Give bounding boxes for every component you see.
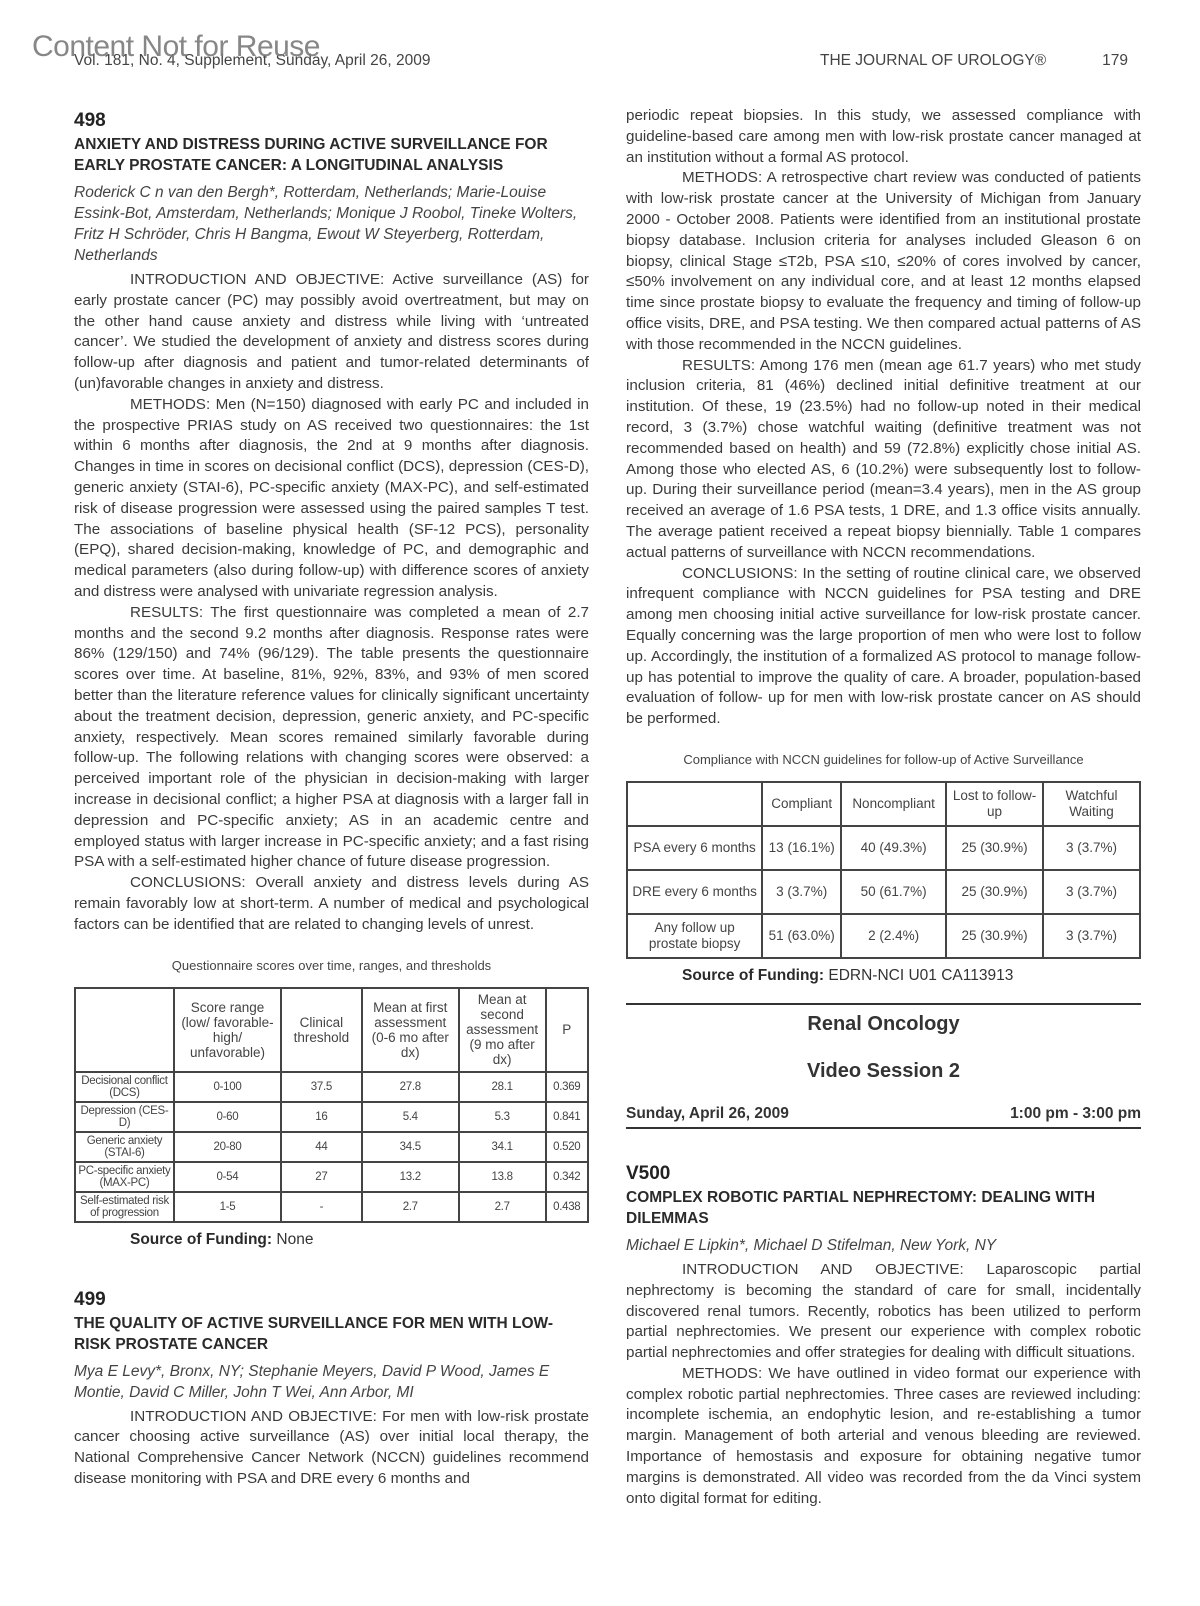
- table-row: PSA every 6 months 13 (16.1%) 40 (49.3%)…: [627, 826, 1140, 870]
- table-cell: 0.438: [546, 1192, 588, 1222]
- abstract-v500: V500 COMPLEX ROBOTIC PARTIAL NEPHRECTOMY…: [626, 1163, 1141, 1510]
- table-cell: 0.342: [546, 1162, 588, 1192]
- session-title: Renal Oncology: [626, 1013, 1141, 1036]
- introduction-paragraph: INTRODUCTION AND OBJECTIVE: For men with…: [74, 1407, 589, 1490]
- methods-paragraph: METHODS: A retrospective chart review wa…: [626, 168, 1141, 355]
- table-cell: 5.3: [459, 1102, 546, 1132]
- table-cell: 37.5: [281, 1072, 362, 1102]
- table-cell: 13 (16.1%): [762, 826, 841, 870]
- abstract-499-continued: periodic repeat biopsies. In this study,…: [626, 106, 1141, 985]
- table-cell: 51 (63.0%): [762, 914, 841, 958]
- table-header-cell: Watchful Waiting: [1043, 782, 1140, 826]
- table-caption: Questionnaire scores over time, ranges, …: [74, 958, 589, 973]
- table-row: Generic anxiety (STAI-6) 20-80 44 34.5 3…: [75, 1132, 588, 1162]
- table-cell: Self-estimated risk of progression: [75, 1192, 174, 1222]
- watermark: Content Not for Reuse: [32, 30, 320, 64]
- abstract-498: 498 ANXIETY AND DISTRESS DURING ACTIVE S…: [74, 110, 589, 1249]
- methods-paragraph: METHODS: Men (N=150) diagnosed with earl…: [74, 395, 589, 603]
- table-cell: 34.1: [459, 1132, 546, 1162]
- conclusions-paragraph: CONCLUSIONS: Overall anxiety and distres…: [74, 873, 589, 935]
- results-paragraph: RESULTS: The first questionnaire was com…: [74, 603, 589, 873]
- table-cell: Generic anxiety (STAI-6): [75, 1132, 174, 1162]
- source-of-funding: Source of Funding: None: [130, 1231, 589, 1249]
- table-cell: 50 (61.7%): [841, 870, 946, 914]
- table-cell: 2.7: [362, 1192, 459, 1222]
- abstract-number: V500: [626, 1163, 1141, 1185]
- table-cell: 3 (3.7%): [1043, 870, 1140, 914]
- table-cell: 34.5: [362, 1132, 459, 1162]
- table-row: Depression (CES-D) 0-60 16 5.4 5.3 0.841: [75, 1102, 588, 1132]
- table-cell: 3 (3.7%): [1043, 826, 1140, 870]
- session-subtitle: Video Session 2: [626, 1060, 1141, 1083]
- table-cell: Decisional conflict (DCS): [75, 1072, 174, 1102]
- abstract-title: COMPLEX ROBOTIC PARTIAL NEPHRECTOMY: DEA…: [626, 1187, 1141, 1229]
- table-caption: Compliance with NCCN guidelines for foll…: [626, 752, 1141, 767]
- table-cell: 0.841: [546, 1102, 588, 1132]
- methods-paragraph: METHODS: We have outlined in video forma…: [626, 1364, 1141, 1510]
- session-time: 1:00 pm - 3:00 pm: [1010, 1105, 1141, 1123]
- abstract-number: 499: [74, 1289, 589, 1311]
- abstract-499: 499 THE QUALITY OF ACTIVE SURVEILLANCE F…: [74, 1289, 589, 1490]
- table-cell: -: [281, 1192, 362, 1222]
- table-cell: 40 (49.3%): [841, 826, 946, 870]
- table-row: Decisional conflict (DCS) 0-100 37.5 27.…: [75, 1072, 588, 1102]
- table-header-cell: [75, 988, 174, 1072]
- table-row: DRE every 6 months 3 (3.7%) 50 (61.7%) 2…: [627, 870, 1140, 914]
- introduction-paragraph: INTRODUCTION AND OBJECTIVE: Active surve…: [74, 270, 589, 395]
- table-cell: 0.369: [546, 1072, 588, 1102]
- table-cell: 27.8: [362, 1072, 459, 1102]
- table-header-row: Compliant Noncompliant Lost to follow-up…: [627, 782, 1140, 826]
- table-header-cell: Lost to follow-up: [946, 782, 1043, 826]
- table-cell: 0-60: [174, 1102, 281, 1132]
- introduction-paragraph: INTRODUCTION AND OBJECTIVE: Laparoscopic…: [626, 1260, 1141, 1364]
- funding-label: Source of Funding:: [682, 967, 824, 984]
- table-header-cell: Score range (low/ favorable-high/ unfavo…: [174, 988, 281, 1072]
- table-cell: 2 (2.4%): [841, 914, 946, 958]
- table-cell: 13.2: [362, 1162, 459, 1192]
- abstract-authors: Roderick C n van den Bergh*, Rotterdam, …: [74, 182, 589, 266]
- table-cell: 13.8: [459, 1162, 546, 1192]
- table-header-cell: Clinical threshold: [281, 988, 362, 1072]
- running-head-journal: THE JOURNAL OF UROLOGY®179: [820, 52, 1128, 70]
- session-header: Renal Oncology Video Session 2 Sunday, A…: [626, 1003, 1141, 1129]
- page-number: 179: [1102, 52, 1128, 69]
- right-column: periodic repeat biopsies. In this study,…: [626, 106, 1141, 1509]
- table-header-cell: Mean at first assessment (0-6 mo after d…: [362, 988, 459, 1072]
- source-of-funding: Source of Funding: EDRN-NCI U01 CA113913: [682, 967, 1141, 985]
- session-date: Sunday, April 26, 2009: [626, 1105, 789, 1123]
- table-cell: 5.4: [362, 1102, 459, 1132]
- left-column: 498 ANXIETY AND DISTRESS DURING ACTIVE S…: [74, 106, 589, 1490]
- session-date-time: Sunday, April 26, 2009 1:00 pm - 3:00 pm: [626, 1105, 1141, 1129]
- table-cell: 0-54: [174, 1162, 281, 1192]
- table-header-cell: Noncompliant: [841, 782, 946, 826]
- table-cell: 25 (30.9%): [946, 914, 1043, 958]
- table-cell: 0-100: [174, 1072, 281, 1102]
- table-cell: 44: [281, 1132, 362, 1162]
- abstract-title: ANXIETY AND DISTRESS DURING ACTIVE SURVE…: [74, 134, 589, 176]
- abstract-authors: Michael E Lipkin*, Michael D Stifelman, …: [626, 1235, 1141, 1256]
- table-cell: 28.1: [459, 1072, 546, 1102]
- results-paragraph: RESULTS: Among 176 men (mean age 61.7 ye…: [626, 356, 1141, 564]
- table-cell: 3 (3.7%): [762, 870, 841, 914]
- table-cell: 16: [281, 1102, 362, 1132]
- funding-label: Source of Funding:: [130, 1231, 272, 1248]
- questionnaire-scores-table: Score range (low/ favorable-high/ unfavo…: [74, 987, 589, 1223]
- table-header-cell: P: [546, 988, 588, 1072]
- funding-value: EDRN-NCI U01 CA113913: [824, 967, 1013, 984]
- table-header-row: Score range (low/ favorable-high/ unfavo…: [75, 988, 588, 1072]
- table-cell: 27: [281, 1162, 362, 1192]
- table-cell: Depression (CES-D): [75, 1102, 174, 1132]
- nccn-compliance-table: Compliant Noncompliant Lost to follow-up…: [626, 781, 1141, 959]
- table-cell: 1-5: [174, 1192, 281, 1222]
- table-cell: 25 (30.9%): [946, 826, 1043, 870]
- conclusions-paragraph: CONCLUSIONS: In the setting of routine c…: [626, 564, 1141, 730]
- table-row: Any follow up prostate biopsy 51 (63.0%)…: [627, 914, 1140, 958]
- table-cell: 0.520: [546, 1132, 588, 1162]
- table-cell: Any follow up prostate biopsy: [627, 914, 762, 958]
- table-header-cell: Compliant: [762, 782, 841, 826]
- funding-value: None: [272, 1231, 313, 1248]
- table-cell: 20-80: [174, 1132, 281, 1162]
- table-header-cell: Mean at second assessment (9 mo after dx…: [459, 988, 546, 1072]
- table-cell: DRE every 6 months: [627, 870, 762, 914]
- table-cell: 3 (3.7%): [1043, 914, 1140, 958]
- table-cell: PSA every 6 months: [627, 826, 762, 870]
- table-cell: 25 (30.9%): [946, 870, 1043, 914]
- table-cell: 2.7: [459, 1192, 546, 1222]
- table-cell: PC-specific anxiety (MAX-PC): [75, 1162, 174, 1192]
- introduction-continued-paragraph: periodic repeat biopsies. In this study,…: [626, 106, 1141, 168]
- table-row: PC-specific anxiety (MAX-PC) 0-54 27 13.…: [75, 1162, 588, 1192]
- abstract-title: THE QUALITY OF ACTIVE SURVEILLANCE FOR M…: [74, 1313, 589, 1355]
- table-header-cell: [627, 782, 762, 826]
- journal-name: THE JOURNAL OF UROLOGY®: [820, 52, 1046, 69]
- table-row: Self-estimated risk of progression 1-5 -…: [75, 1192, 588, 1222]
- abstract-authors: Mya E Levy*, Bronx, NY; Stephanie Meyers…: [74, 1361, 589, 1403]
- divider: [626, 1003, 1141, 1005]
- abstract-number: 498: [74, 110, 589, 132]
